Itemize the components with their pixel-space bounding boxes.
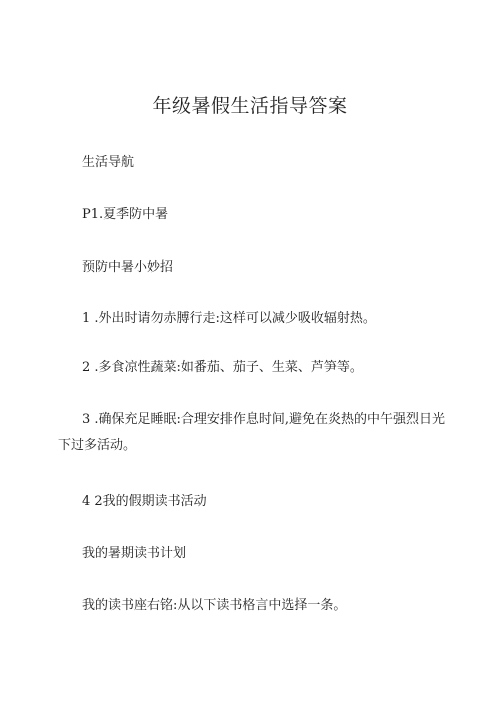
section-heading-summer-heatstroke: P1.夏季防中暑 — [82, 206, 168, 224]
tip-item-2: 2 .多食凉性蔬菜:如番茄、茄子、生菜、芦笋等。 — [82, 359, 363, 377]
document-title: 年级暑假生活指导答案 — [0, 93, 500, 119]
subheading-heatstroke-tips: 预防中暑小妙招 — [82, 259, 173, 277]
section-heading-life-guide: 生活导航 — [82, 154, 134, 172]
reading-motto-instruction: 我的读书座右铭:从以下读书格言中选择一条。 — [82, 597, 346, 615]
tip-item-3: 3 .确保充足睡眠:合理安排作息时间,避免在炎热的中午强烈日光下过多活动。 — [58, 407, 458, 459]
tip-item-1: 1 .外出时请勿赤膊行走:这样可以减少吸收辐射热。 — [82, 310, 376, 328]
document-page: 年级暑假生活指导答案 生活导航 P1.夏季防中暑 预防中暑小妙招 1 .外出时请… — [0, 0, 500, 707]
section-heading-reading-activity: 4 2我的假期读书活动 — [82, 493, 207, 511]
subheading-reading-plan: 我的暑期读书计划 — [82, 545, 186, 563]
